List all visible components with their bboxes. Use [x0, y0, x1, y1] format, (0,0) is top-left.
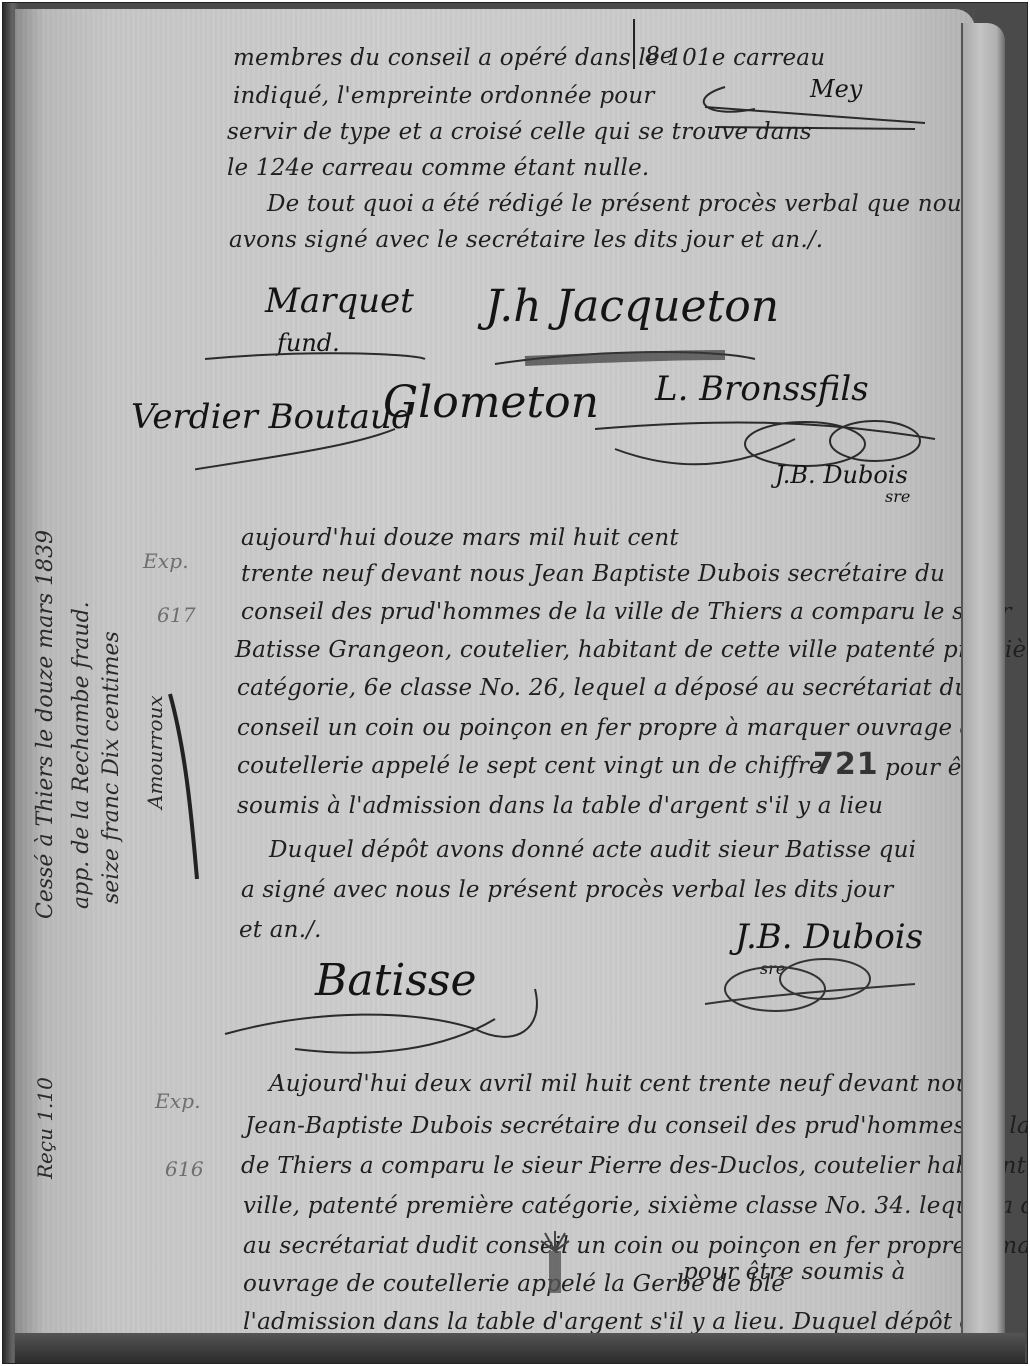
margin-receipt-note: seize franc Dix centimes — [99, 631, 124, 904]
text-line: trente neuf devant nous Jean Baptiste Du… — [241, 561, 945, 587]
text-line: indiqué, l'empreinte ordonnée pour — [233, 83, 655, 109]
text-line: le 124e carreau comme étant nulle. — [227, 155, 649, 181]
text-line: avons signé avec le secrétaire les dits … — [229, 227, 823, 253]
signature-jacqueton: J.h Jacqueton — [485, 281, 779, 332]
text-line: Duquel dépôt avons donné acte audit sieu… — [269, 837, 916, 863]
text-line: soumis à l'admission dans la table d'arg… — [237, 793, 883, 819]
text-line: pour être soumis à — [683, 1259, 906, 1285]
text-line: membres du conseil a opéré dans le 101e … — [233, 45, 825, 71]
text-line: ville, patenté première catégorie, sixiè… — [243, 1193, 1028, 1219]
signature-glometon: Glometon — [383, 377, 599, 428]
manuscript-page: membres du conseil a opéré dans le 101e … — [15, 9, 975, 1339]
margin-signature: Amourroux — [143, 695, 167, 809]
margin-receipt: Reçu 1.10 — [33, 1077, 57, 1179]
page-edge — [961, 23, 1005, 1333]
signature-batisse: Batisse — [315, 955, 477, 1006]
text-line: De tout quoi a été rédigé le présent pro… — [267, 191, 974, 217]
text-line: Jean-Baptiste Dubois secrétaire du conse… — [245, 1113, 1028, 1139]
text-line: et an./. — [239, 917, 322, 943]
text-line: catégorie, 6e classe No. 26, lequel a dé… — [237, 675, 1001, 701]
text-line: aujourd'hui douze mars mil huit cent — [241, 525, 679, 551]
mark-stamp-721: 721 — [813, 747, 879, 782]
text-line: conseil un coin ou poinçon en fer propre… — [237, 715, 989, 741]
signature-marquet: Marquet — [265, 281, 414, 321]
text-line: Aujourd'hui deux avril mil huit cent tre… — [269, 1071, 983, 1097]
margin-number: 616 — [165, 1157, 204, 1181]
signature-note: fund. — [277, 329, 340, 357]
text-line: de Thiers a comparu le sieur Pierre des-… — [241, 1153, 1028, 1179]
text-line: Batisse Grangeon, coutelier, habitant de… — [235, 637, 1028, 663]
photo-frame: membres du conseil a opéré dans le 101e … — [2, 2, 1028, 1364]
signature-bronssfils: L. Bronssfils — [655, 369, 869, 409]
ink-stroke-icon — [165, 689, 205, 889]
signature-suffix: sre — [760, 959, 785, 978]
text-line: au secrétariat dudit conseil un coin ou … — [243, 1233, 1028, 1259]
text-line: l'admission dans la table d'argent s'il … — [243, 1309, 975, 1335]
text-line: servir de type et a croisé celle qui se … — [227, 119, 812, 145]
margin-divider — [633, 19, 635, 69]
margin-number: 617 — [157, 603, 196, 627]
margin-receipt-note: app. de la Rechambe fraud. — [69, 601, 94, 909]
margin-signature: Mey — [810, 75, 862, 103]
signature-dubois: J.B. Dubois — [775, 461, 908, 489]
text-line: coutellerie appelé le sept cent vingt un… — [237, 753, 823, 779]
book-shadow — [15, 1333, 1025, 1363]
margin-receipt-note: Cessé à Thiers le douze mars 1839 — [33, 530, 58, 919]
margin-label: Exp. — [155, 1089, 201, 1113]
signature-dubois: J.B. Dubois — [735, 917, 923, 957]
text-line: a signé avec nous le présent procès verb… — [241, 877, 894, 903]
signature-verdier-boutaud: Verdier Boutaud — [131, 397, 414, 437]
signature-suffix: sre — [885, 487, 910, 506]
text-line: conseil des prud'hommes de la ville de T… — [241, 599, 1012, 625]
margin-label: Exp. — [143, 549, 189, 573]
margin-note: 8e — [645, 43, 674, 69]
